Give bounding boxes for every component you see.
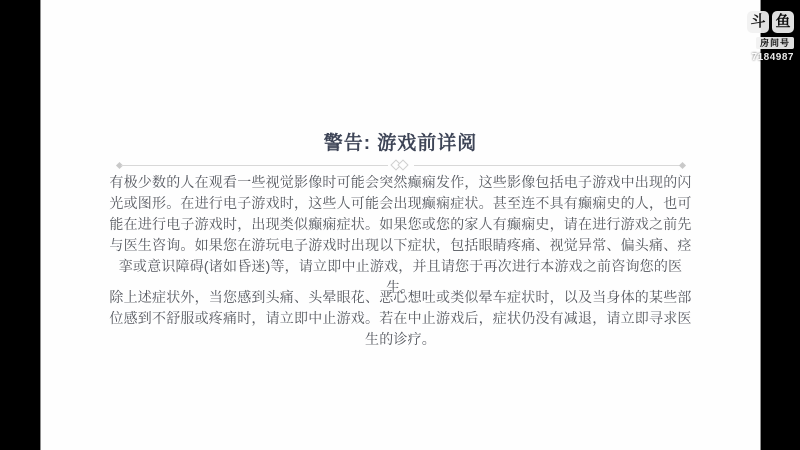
stream-frame: 警告: 游戏前详阅 有极少数的人在观看一些视觉影像时可能会突然癫痫发作，这些影像… [0, 0, 800, 450]
double-diamond-ornament-icon [388, 159, 414, 173]
room-number-value: 7184987 [738, 52, 794, 63]
warning-screen-panel: 警告: 游戏前详阅 有极少数的人在观看一些视觉影像时可能会突然癫痫发作，这些影像… [40, 0, 761, 450]
warning-paragraph-1: 有极少数的人在观看一些视觉影像时可能会突然癫痫发作，这些影像包括电子游戏中出现的… [107, 172, 695, 298]
diamond-end-right-icon [678, 162, 685, 169]
douyu-logo-tile-dou-icon: 斗 [747, 11, 769, 33]
warning-paragraph-2: 除上述症状外，当您感到头痛、头晕眼花、恶心想吐或类似晕车症状时，以及当身体的某些… [107, 287, 695, 350]
douyu-watermark: 斗 鱼 房间号 7184987 [738, 11, 794, 63]
title-divider [117, 160, 685, 172]
warning-title: 警告: 游戏前详阅 [41, 128, 760, 155]
room-number-label-badge: 房间号 [756, 37, 794, 49]
douyu-logo: 斗 鱼 [738, 11, 794, 33]
douyu-logo-tile-yu-icon: 鱼 [772, 11, 794, 33]
